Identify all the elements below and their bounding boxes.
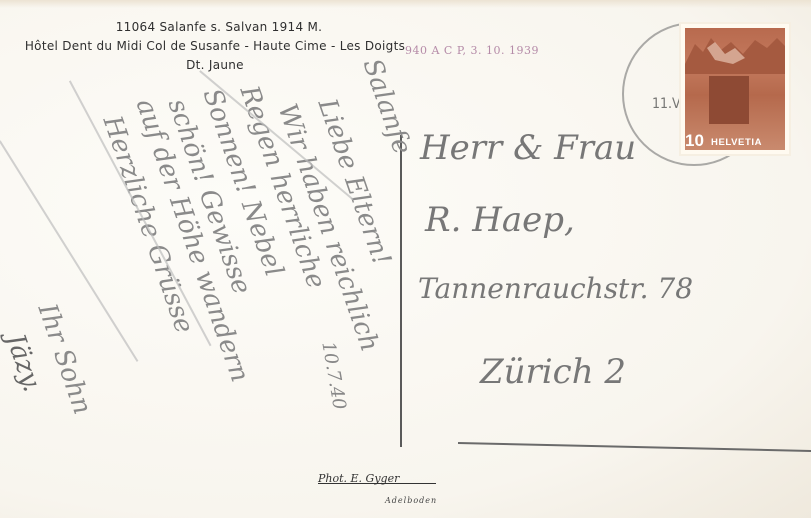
castle-icon — [709, 76, 749, 124]
purple-date-stamp: 940 A C P, 3. 10. 1939 — [405, 44, 539, 57]
stamp-value: 10 — [685, 132, 704, 150]
address-line-4: Zürich 2 — [480, 352, 626, 392]
vertical-divider — [400, 135, 402, 447]
address-line-2: R. Haep, — [425, 200, 575, 240]
stamp-country: HELVETIA — [711, 137, 762, 148]
postage-stamp: 10 HELVETIA — [681, 24, 789, 154]
caption-line-1: 11064 Salanfe s. Salvan 1914 M. — [0, 18, 430, 37]
message-date: 10.7.40 — [317, 340, 350, 411]
address-underline — [458, 442, 811, 452]
publisher-signature: Phot. E. Gyger — [318, 472, 436, 484]
postcard-back: 11064 Salanfe s. Salvan 1914 M. Hôtel De… — [0, 0, 811, 518]
address-line-3: Tannenrauchstr. 78 — [418, 272, 693, 305]
card-edge — [0, 0, 811, 8]
address-line-1: Herr & Frau — [420, 128, 636, 168]
message-line: Ihr Sohn — [32, 300, 98, 418]
message-signature: Jäzy. — [0, 330, 47, 396]
postmark-date: 11.V — [652, 96, 681, 112]
caption-line-2: Hôtel Dent du Midi Col de Susanfe - Haut… — [0, 37, 430, 56]
mountain-icon — [685, 34, 785, 74]
publisher-place: Adelboden — [385, 496, 437, 505]
